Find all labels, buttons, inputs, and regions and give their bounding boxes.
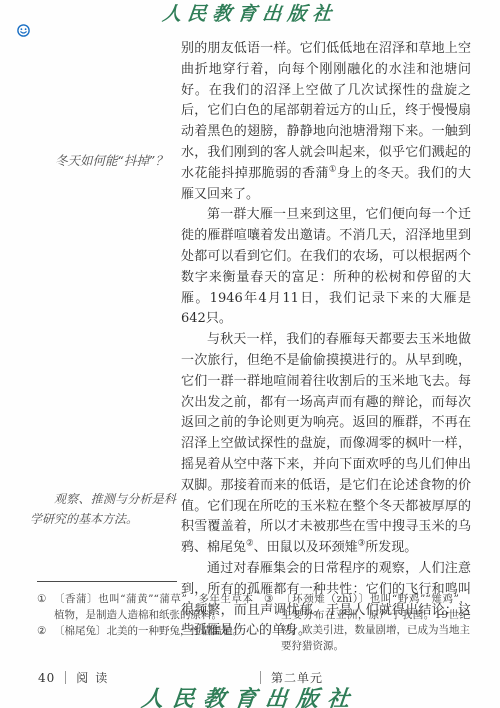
footnote-2-text: 〔棉尾兔〕北美的一种野兔，性情温和。 <box>54 624 253 640</box>
paragraph-3-text-cont: 、田鼠以及环颈雉 <box>254 540 358 555</box>
footer-divider-bar <box>65 671 66 684</box>
footer-divider-bar <box>260 671 261 684</box>
footnote-ref-1: ① <box>329 164 337 174</box>
footnote-column-left: ① 〔香蒲〕也叫“蒲黄”“蒲草”，多年生草本植物，是制造人造棉和纸张的原料。 ②… <box>37 592 253 655</box>
footnote-3-marker: ③ <box>264 592 281 654</box>
paragraph-3-text-end: 所发现。 <box>365 540 417 555</box>
paragraph-3-text: 与秋天一样，我们的春雁每天都要去玉米地做一次旅行，但绝不是偷偷摸摸进行的。从早到… <box>181 332 471 555</box>
margin-note-question: 冬天如何能“抖掉”？ <box>30 150 176 171</box>
footnote-1: ① 〔香蒲〕也叫“蒲黄”“蒲草”，多年生草本植物，是制造人造棉和纸张的原料。 <box>37 592 253 623</box>
footnote-3-text: 〔环颈雉（zhì）〕也叫“野鸡”“雉鸡”，主要分布在亚洲，原产于我国。19世纪初… <box>281 592 470 654</box>
paragraph-1: 别的朋友低语一样。它们低低地在沼泽和草地上空曲折地穿行着，向每个刚刚融化的水洼和… <box>181 39 471 205</box>
footnote-1-text: 〔香蒲〕也叫“蒲黄”“蒲草”，多年生草本植物，是制造人造棉和纸张的原料。 <box>54 592 253 623</box>
footnotes-area: ① 〔香蒲〕也叫“蒲黄”“蒲草”，多年生草本植物，是制造人造棉和纸张的原料。 ②… <box>37 592 470 655</box>
footnote-2-marker: ② <box>37 624 54 640</box>
footnote-1-marker: ① <box>37 592 54 623</box>
paragraph-3: 与秋天一样，我们的春雁每天都要去玉米地做一次旅行，但绝不是偷偷摸摸进行的。从早到… <box>181 330 471 559</box>
publisher-watermark-top: 人民教育出版社 <box>0 0 500 26</box>
page-footer: 40 阅读 第二单元 <box>38 669 468 687</box>
footer-right: 第二单元 <box>250 669 323 686</box>
section-label: 阅读 <box>76 669 114 686</box>
unit-label: 第二单元 <box>271 669 323 686</box>
footer-left: 40 阅读 <box>38 669 114 686</box>
paragraph-2-text: 第一群大雁一旦来到这里，它们便向每一个迁徙的雁群喧嚷着发出邀请。不消几天，沼泽地… <box>181 207 471 326</box>
margin-note-method: 观察、推测与分析是科学研究的基本方法。 <box>30 489 176 529</box>
textbook-page: 人民教育出版社 冬天如何能“抖掉”？ 观察、推测与分析是科学研究的基本方法。 别… <box>0 0 500 708</box>
main-text-column: 别的朋友低语一样。它们低低地在沼泽和草地上空曲折地穿行着，向每个刚刚融化的水洼和… <box>181 39 471 642</box>
footnote-2: ② 〔棉尾兔〕北美的一种野兔，性情温和。 <box>37 624 253 640</box>
annotation-smiley-icon[interactable] <box>17 22 30 35</box>
page-number: 40 <box>38 671 55 685</box>
footnote-divider <box>37 581 177 582</box>
paragraph-1-text: 别的朋友低语一样。它们低低地在沼泽和草地上空曲折地穿行着，向每个刚刚融化的水洼和… <box>181 41 471 181</box>
footnote-ref-2: ② <box>246 539 254 549</box>
footnote-column-right: ③ 〔环颈雉（zhì）〕也叫“野鸡”“雉鸡”，主要分布在亚洲，原产于我国。19世… <box>264 592 470 655</box>
footnote-3: ③ 〔环颈雉（zhì）〕也叫“野鸡”“雉鸡”，主要分布在亚洲，原产于我国。19世… <box>264 592 470 654</box>
paragraph-2: 第一群大雁一旦来到这里，它们便向每一个迁徙的雁群喧嚷着发出邀请。不消几天，沼泽地… <box>181 205 471 330</box>
